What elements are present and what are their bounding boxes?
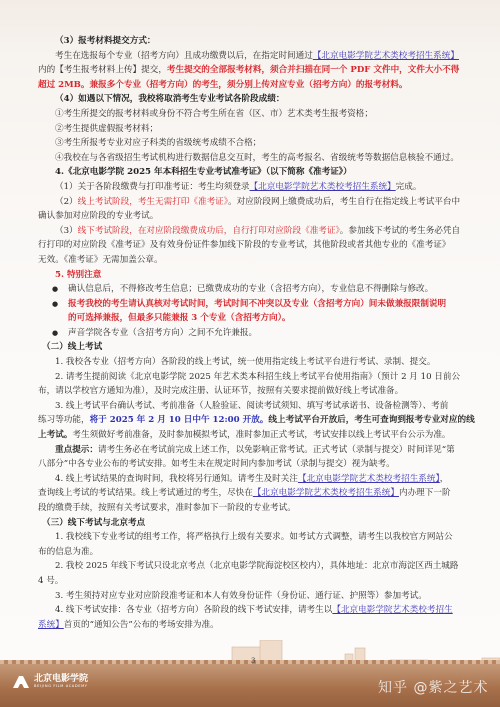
paragraph: 八部分”中各专业公布的考试安排。如考生未在规定时间内参加考试（录制与提交）视为缺… [38, 457, 463, 472]
paragraph: 行打印的对应阶段《准考证》及有效身份证件参加线下阶段的专业考试，其他阶段或者其他… [38, 238, 463, 253]
enrollment-system-link[interactable]: 【北京电影学院艺术类校考招生系统】 [250, 182, 396, 192]
text: 首页的“通知公告”公布的考场安排为准。 [64, 620, 219, 630]
text: 完成。 [396, 182, 422, 192]
text: 线上考试平台开放后，考生可查询到报考专业对应的线 [268, 415, 474, 425]
document-page: （3）报考材料提交方式： 考生在选报每个专业（招考方向）且成功缴费以后，在指定时… [38, 34, 463, 632]
section-materials-heading: （3）报考材料提交方式： [38, 34, 463, 49]
paragraph: （3）线下考试阶段，在对应阶段缴费成功后，自行打印对应阶段《准考证》。参加线下考… [38, 224, 463, 239]
paragraph: 内的【考生报考材料上传】提交，考生提交的全部报考材料，须合并扫描在同一个 PDF… [38, 63, 463, 78]
text: 内的【考生报考材料上传】提交， [38, 65, 167, 75]
section-cancel-heading: （4）如遇以下情况，我校将取消考生专业考试各阶段成绩： [38, 92, 463, 107]
list-item: ③考生所报考专业对应子科类的省级统考成绩不合格； [38, 136, 463, 151]
paragraph: （2）线上考试阶段，考生无需打印《准考证》。对应阶段网上缴费成功后，考生自行在指… [38, 195, 463, 210]
text: 确认信息后，不得修改考生信息；已缴费成功的专业（含招考方向），专业信息不得删除与… [68, 282, 463, 297]
warning-text: 超过 2MB。兼报多个专业（招考方向）的考生，须分别上传对应专业（招考方向）的报… [38, 78, 463, 93]
text: 4. 线下考试安排：各专业（招考方向）各阶段的线下考试安排，请考生以 [55, 605, 332, 615]
paragraph: 确认参加对应阶段的专业考试。 [38, 209, 463, 224]
text: 查询线上考试的考试结果。线上考试通过的考生，尽快在 [38, 488, 253, 498]
paragraph: 2. 我校 2025 年线下考试只设北京考点（北京电影学院海淀校区校内），具体地… [38, 559, 463, 574]
text: 。对应阶段网上缴费成功后，考生自行在指定线上考试平台中 [228, 197, 460, 207]
paragraph: 上考试。考生须做好考前准备，及时参加模拟考试，准时参加正式考试，考试安排以线上考… [38, 428, 463, 443]
text: （2） [55, 197, 78, 207]
highlight-date: 将于 2025 年 2 月 10 日中午 12:00 开放。 [90, 415, 269, 425]
offline-exam-heading: （三）线下考试与北京考点 [38, 516, 463, 531]
academy-logo-icon [12, 675, 30, 689]
text: 上考试。 [38, 430, 72, 440]
enrollment-system-link[interactable]: 【北京电影学院艺术类校考招生 [332, 605, 452, 615]
online-exam-heading: （二）线上考试 [38, 340, 463, 355]
paragraph: 系统】首页的“通知公告”公布的考场安排为准。 [38, 618, 463, 633]
logo-chinese-name: 北京电影学院 [34, 674, 88, 684]
list-item: ②考生提供虚假报考材料； [38, 122, 463, 137]
school-logo: 北京电影学院 BEIJING FILM ACADEMY [12, 674, 88, 689]
warning-text: 报考我校的考生请认真核对考试时间，考试时间不冲突以及专业（含招考方向）间未做兼报… [68, 297, 463, 312]
paragraph: 无效。《准考证》无需加盖公章。 [38, 253, 463, 268]
admission-ticket-heading: 4.《北京电影学院 2025 年本科招生专业考试准考证》（以下简称《准考证》） [38, 165, 463, 180]
bullet-icon: ● [52, 282, 68, 297]
paragraph: 4. 线上考试结果的查询时间，我校将另行通知。请考生及时关注【北京电影学院艺术类… [38, 472, 463, 487]
paragraph: 3. 考生须持对应专业对应阶段准考证和本人有效身份证件（身份证、通行证、护照等）… [38, 589, 463, 604]
enrollment-system-link[interactable]: 【北京电影学院艺术类校考招生系统】 [298, 474, 440, 484]
text: 。参加线下考试的考生务必凭自 [340, 226, 460, 236]
film-strip-decoration [0, 660, 500, 664]
enrollment-system-link[interactable]: 【北京电影学院艺术类校考招生系统】 [313, 51, 459, 61]
warning-text: 线下考试阶段，在对应阶段缴费成功后，自行打印对应阶段《准考证》 [78, 226, 340, 236]
paragraph: 4. 线下考试安排：各专业（招考方向）各阶段的线下考试安排，请考生以【北京电影学… [38, 603, 463, 618]
logo-english-name: BEIJING FILM ACADEMY [34, 684, 88, 689]
text: 考生须做好考前准备，及时参加模拟考试，准时参加正式考试，考试安排以线上考试平台公… [72, 430, 450, 440]
page-number: 3 [251, 657, 255, 665]
enrollment-system-link[interactable]: 系统】 [38, 620, 64, 630]
paragraph: 考生在选报每个专业（招考方向）且成功缴费以后，在指定时间通过【北京电影学院艺术类… [38, 49, 463, 64]
bullet-item: ● 确认信息后，不得修改考生信息；已缴费成功的专业（含招考方向），专业信息不得删… [38, 282, 463, 297]
bullet-icon: ● [52, 297, 68, 312]
text: 4. 线上考试结果的查询时间，我校将另行通知。请考生及时关注 [55, 474, 298, 484]
paragraph: 4 号。 [38, 574, 463, 589]
paragraph: 重点提示：请考生务必在考试前完成上述工作，以免影响正常考试。正式考试（录制与提交… [38, 443, 463, 458]
tip-label: 重点提示： [55, 445, 98, 455]
paragraph: 布，请以学校官方通知为准），及时完成注册、认证环节，按照有关要求提前做好线上考试… [38, 384, 463, 399]
bullet-icon: ● [52, 326, 68, 341]
paragraph: 3. 线上考试平台确认考试、考前准备（人脸验证、阅读考试须知、填写考试承诺书、设… [38, 399, 463, 414]
warning-text: 的可选择兼报，但最多只能兼报 3 个专业（含招考方向）。 [38, 311, 463, 326]
watermark: 知乎 @紫之艺术 [378, 677, 488, 697]
enrollment-system-link[interactable]: 【北京电影学院艺术类校考招生系统】 [253, 488, 399, 498]
paragraph: 1. 我校各专业（招考方向）各阶段的线上考试，统一使用指定线上考试平台进行考试、… [38, 355, 463, 370]
text: （3） [55, 226, 78, 236]
list-item: ④我校在与各省级招生考试机构进行数据信息交互时，考生的高考报名、省级统考等数据信… [38, 151, 463, 166]
paragraph: 查询线上考试的考试结果。线上考试通过的考生，尽快在【北京电影学院艺术类校考招生系… [38, 486, 463, 501]
text: 内办理下一阶 [399, 488, 451, 498]
special-notice-heading: 5. 特别注意 [38, 268, 463, 283]
warning-text: 线上考试阶段，考生无需打印《准考证》 [78, 197, 228, 207]
list-item: ①考生所提交的报考材料或身份不符合考生所在省（区、市）艺术类考生报考资格； [38, 107, 463, 122]
paragraph: 1. 我校线下专业考试的组考工作，将严格执行上级有关要求。如考试方式调整，请考生… [38, 530, 463, 545]
text: 练习等功能， [38, 415, 90, 425]
paragraph: 2. 请考生提前阅读《北京电影学院 2025 年艺术类本科招生线上考试平台使用指… [38, 370, 463, 385]
text: 声音学院各专业（含招考方向）之间不允许兼报。 [68, 326, 463, 341]
paragraph: 练习等功能，将于 2025 年 2 月 10 日中午 12:00 开放。线上考试… [38, 413, 463, 428]
text: 请考生务必在考试前完成上述工作，以免影响正常考试。正式考试（录制与提交）时间详见… [98, 445, 455, 455]
bullet-item: ● 报考我校的考生请认真核对考试时间，考试时间不冲突以及专业（含招考方向）间未做… [38, 297, 463, 312]
text: （1）关于各阶段缴费与打印准考证：考生均须登录 [55, 182, 250, 192]
paragraph: 布的信息为准。 [38, 545, 463, 560]
text: ， [440, 474, 449, 484]
text: 考生在选报每个专业（招考方向）且成功缴费以后，在指定时间通过 [55, 51, 313, 61]
bullet-item: ● 声音学院各专业（含招考方向）之间不允许兼报。 [38, 326, 463, 341]
paragraph: （1）关于各阶段缴费与打印准考证：考生均须登录【北京电影学院艺术类校考招生系统】… [38, 180, 463, 195]
paragraph: 段的缴费手续，按照有关考试要求，准时参加下一阶段的专业考试。 [38, 501, 463, 516]
warning-text: 考生提交的全部报考材料，须合并扫描在同一个 PDF 文件中，文件大小不得 [167, 65, 459, 75]
